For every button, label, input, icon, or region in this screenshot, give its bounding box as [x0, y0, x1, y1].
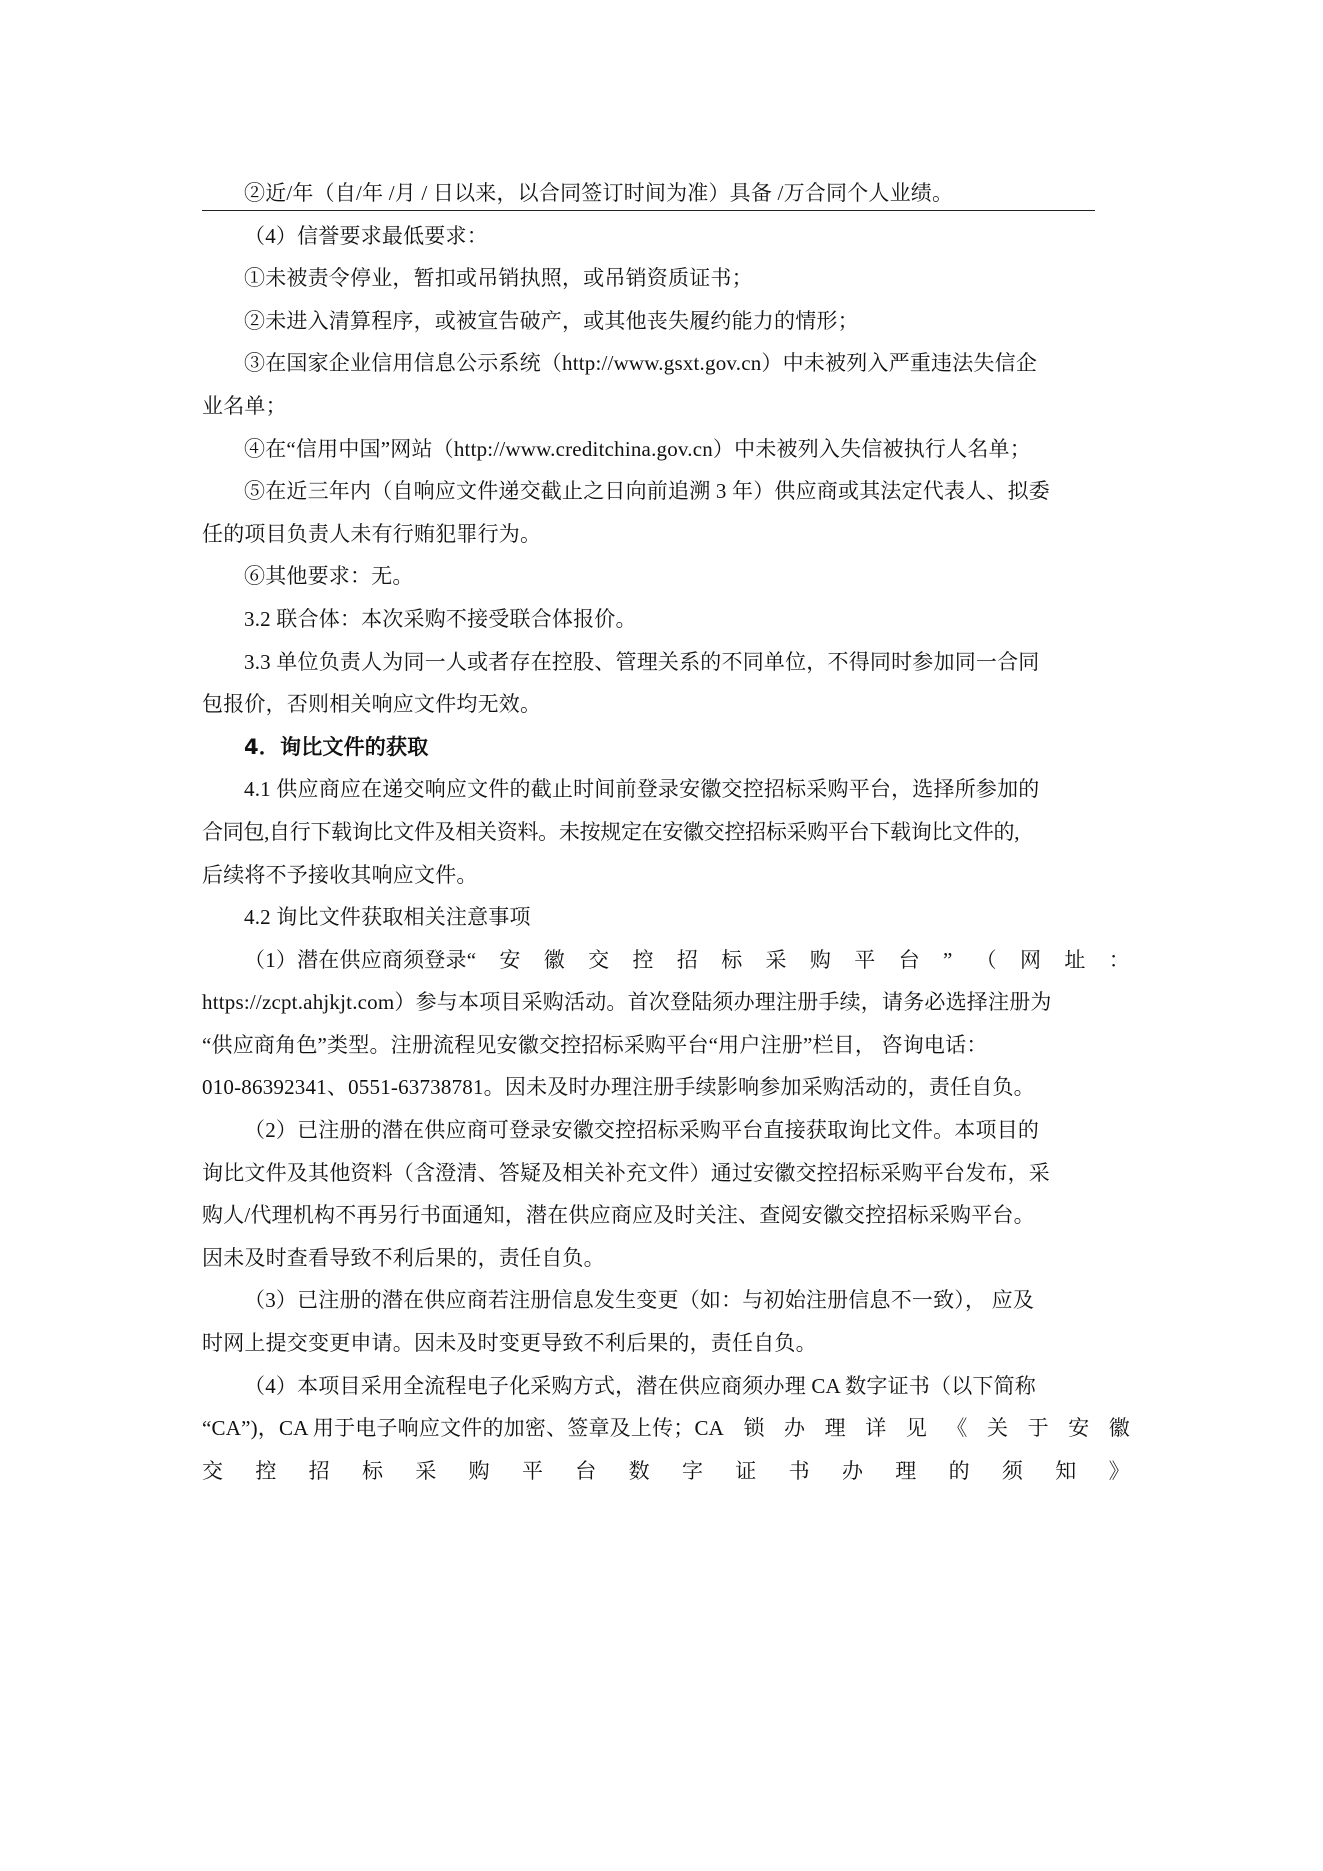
document-page: ②近/年（自/年 /月 / 日以来，以合同签订时间为准）具备 /万合同个人业绩。…	[202, 172, 1130, 1492]
clause-4-1-cont: 合同包,自行下载询比文件及相关资料。未按规定在安徽交控招标采购平台下载询比文件的…	[202, 811, 1130, 854]
requirement-item-cont: 任的项目负责人未有行贿犯罪行为。	[202, 513, 1130, 556]
clause-4-2-2: （2）已注册的潜在供应商可登录安徽交控招标采购平台直接获取询比文件。本项目的	[202, 1109, 1130, 1152]
requirement-item: ①未被责令停业，暂扣或吊销执照，或吊销资质证书；	[202, 257, 1130, 300]
clause-4-2-4: （4）本项目采用全流程电子化采购方式，潜在供应商须办理 CA 数字证书（以下简称	[202, 1365, 1130, 1408]
clause-4-1-cont: 后续将不予接收其响应文件。	[202, 854, 1130, 897]
clause-4-2-2-cont: 因未及时查看导致不利后果的，责任自负。	[202, 1237, 1130, 1280]
clause-4-2-1-first-line: （1）潜在供应商须登录“ 安 徽 交 控 招 标 采 购 平 台 ” （ 网 址…	[202, 939, 1130, 982]
clause-4-2-2-cont: 询比文件及其他资料（含澄清、答疑及相关补充文件）通过安徽交控招标采购平台发布，采	[202, 1152, 1130, 1195]
requirement-item: ⑥其他要求：无。	[202, 555, 1130, 598]
clause-4-2-4-cont: “CA”)，CA 用于电子响应文件的加密、签章及上传；CA 锁 办 理 详 见 …	[202, 1407, 1130, 1450]
phone-numbers-line: 010-86392341、0551-63738781。因未及时办理注册手续影响参…	[202, 1066, 1130, 1109]
text-line: ②近/年（自/年 /月 / 日以来，以合同签订时间为准）具备 /万合同个人业绩。	[202, 172, 1130, 215]
requirement-item: ③在国家企业信用信息公示系统（http://www.gsxt.gov.cn）中未…	[202, 342, 1130, 385]
clause-4-2-3-cont: 时网上提交变更申请。因未及时变更导致不利后果的，责任自负。	[202, 1322, 1130, 1365]
clause-4-2-3: （3）已注册的潜在供应商若注册信息发生变更（如：与初始注册信息不一致）， 应及	[202, 1279, 1130, 1322]
platform-url-line: https://zcpt.ahjkjt.com）参与本项目采购活动。首次登陆须办…	[202, 981, 1130, 1024]
ca-notice-title-line: 交 控 招 标 采 购 平 台 数 字 证 书 办 理 的 须 知 》	[202, 1450, 1130, 1493]
requirement-item: ②未进入清算程序，或被宣告破产，或其他丧失履约能力的情形；	[202, 300, 1130, 343]
requirement-item: ⑤在近三年内（自响应文件递交截止之日向前追溯 3 年）供应商或其法定代表人、拟委	[202, 470, 1130, 513]
clause-4-1: 4.1 供应商应在递交响应文件的截止时间前登录安徽交控招标采购平台，选择所参加的	[202, 768, 1130, 811]
clause-4-2: 4.2 询比文件获取相关注意事项	[202, 896, 1130, 939]
subheading-credit-requirements: （4）信誉要求最低要求：	[202, 215, 1130, 258]
clause-3-3: 3.3 单位负责人为同一人或者存在控股、管理关系的不同单位，不得同时参加同一合同	[202, 641, 1130, 684]
clause-3-3-cont: 包报价，否则相关响应文件均无效。	[202, 683, 1130, 726]
requirement-item-cont: 业名单；	[202, 385, 1130, 428]
clause-4-2-1-cont: “供应商角色”类型。注册流程见安徽交控招标采购平台“用户注册”栏目， 咨询电话：	[202, 1024, 1130, 1067]
underlined-performance-requirement: ②近/年（自/年 /月 / 日以来，以合同签订时间为准）具备 /万合同个人业绩。	[202, 176, 1095, 211]
clause-3-2: 3.2 联合体：本次采购不接受联合体报价。	[202, 598, 1130, 641]
clause-4-2-2-cont: 购人/代理机构不再另行书面通知，潜在供应商应及时关注、查阅安徽交控招标采购平台。	[202, 1194, 1130, 1237]
section-heading-4: 4．询比文件的获取	[202, 726, 1130, 769]
requirement-item: ④在“信用中国”网站（http://www.creditchina.gov.cn…	[202, 428, 1130, 471]
